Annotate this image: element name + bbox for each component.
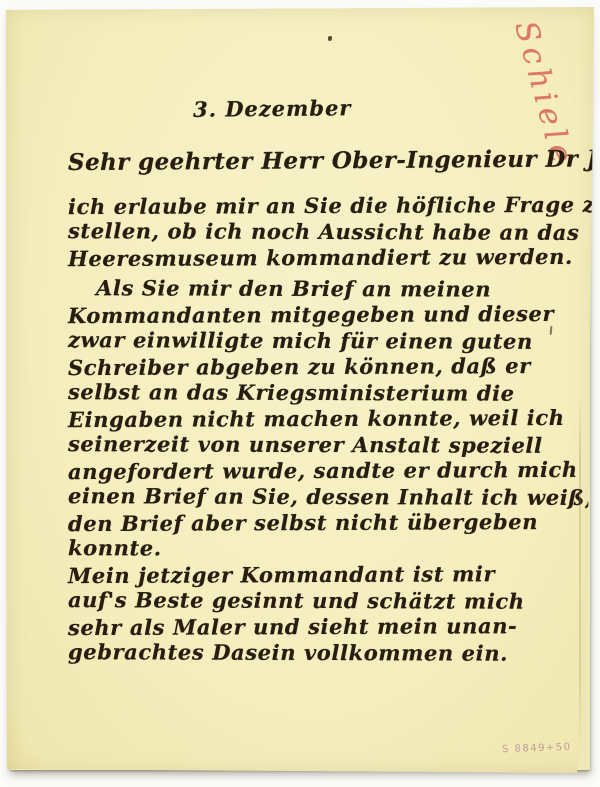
letter-line: ich erlaube mir an Sie die höfliche Frag… [68,192,568,220]
scanned-letter-page: Schiele 3. Dezember Sehr geehrter Herr O… [0,0,600,787]
letter-line: seinerzeit von unserer Anstalt speziell [68,431,568,459]
letter-line: Eingaben nicht machen konnte, weil ich [68,405,568,433]
letter-line: auf's Beste gesinnt und schätzt mich [68,587,568,615]
letter-line: Als Sie mir den Brief an meinen [68,275,568,303]
letter-line: konnte. [68,535,568,563]
letter-date: 3. Dezember [193,95,352,122]
letter-line: zwar einwilligte mich für einen guten [68,327,568,355]
letter-body: ich erlaube mir an Sie die höfliche Frag… [68,193,568,666]
letter-line: stellen, ob ich noch Aussicht habe an da… [68,218,568,246]
letter-line: einen Brief an Sie, dessen Inhalt ich we… [68,483,568,511]
letter-line: angefordert wurde, sandte er durch mich [68,457,568,485]
letter-paper: Schiele 3. Dezember Sehr geehrter Herr O… [6,7,596,774]
letter-line: den Brief aber selbst nicht übergeben [68,509,568,537]
letter-line: selbst an das Kriegsministerium die [68,379,568,407]
letter-salutation: Sehr geehrter Herr Ober-Ingenieur Dr Joh… [68,145,600,176]
letter-line: Schreiber abgeben zu können, daß er [68,353,568,381]
letter-line: Heeresmuseum kommandiert zu werden. [68,244,568,272]
letter-line: sehr als Maler und sieht mein unan- [68,613,568,641]
letter-line: Kommandanten mitgegeben und dieser [68,301,568,329]
letter-line: gebrachtes Dasein vollkommen ein. [68,639,568,667]
ink-speck [328,36,332,41]
paper-crease [579,393,581,749]
letter-line: Mein jetziger Kommandant ist mir [68,561,568,589]
